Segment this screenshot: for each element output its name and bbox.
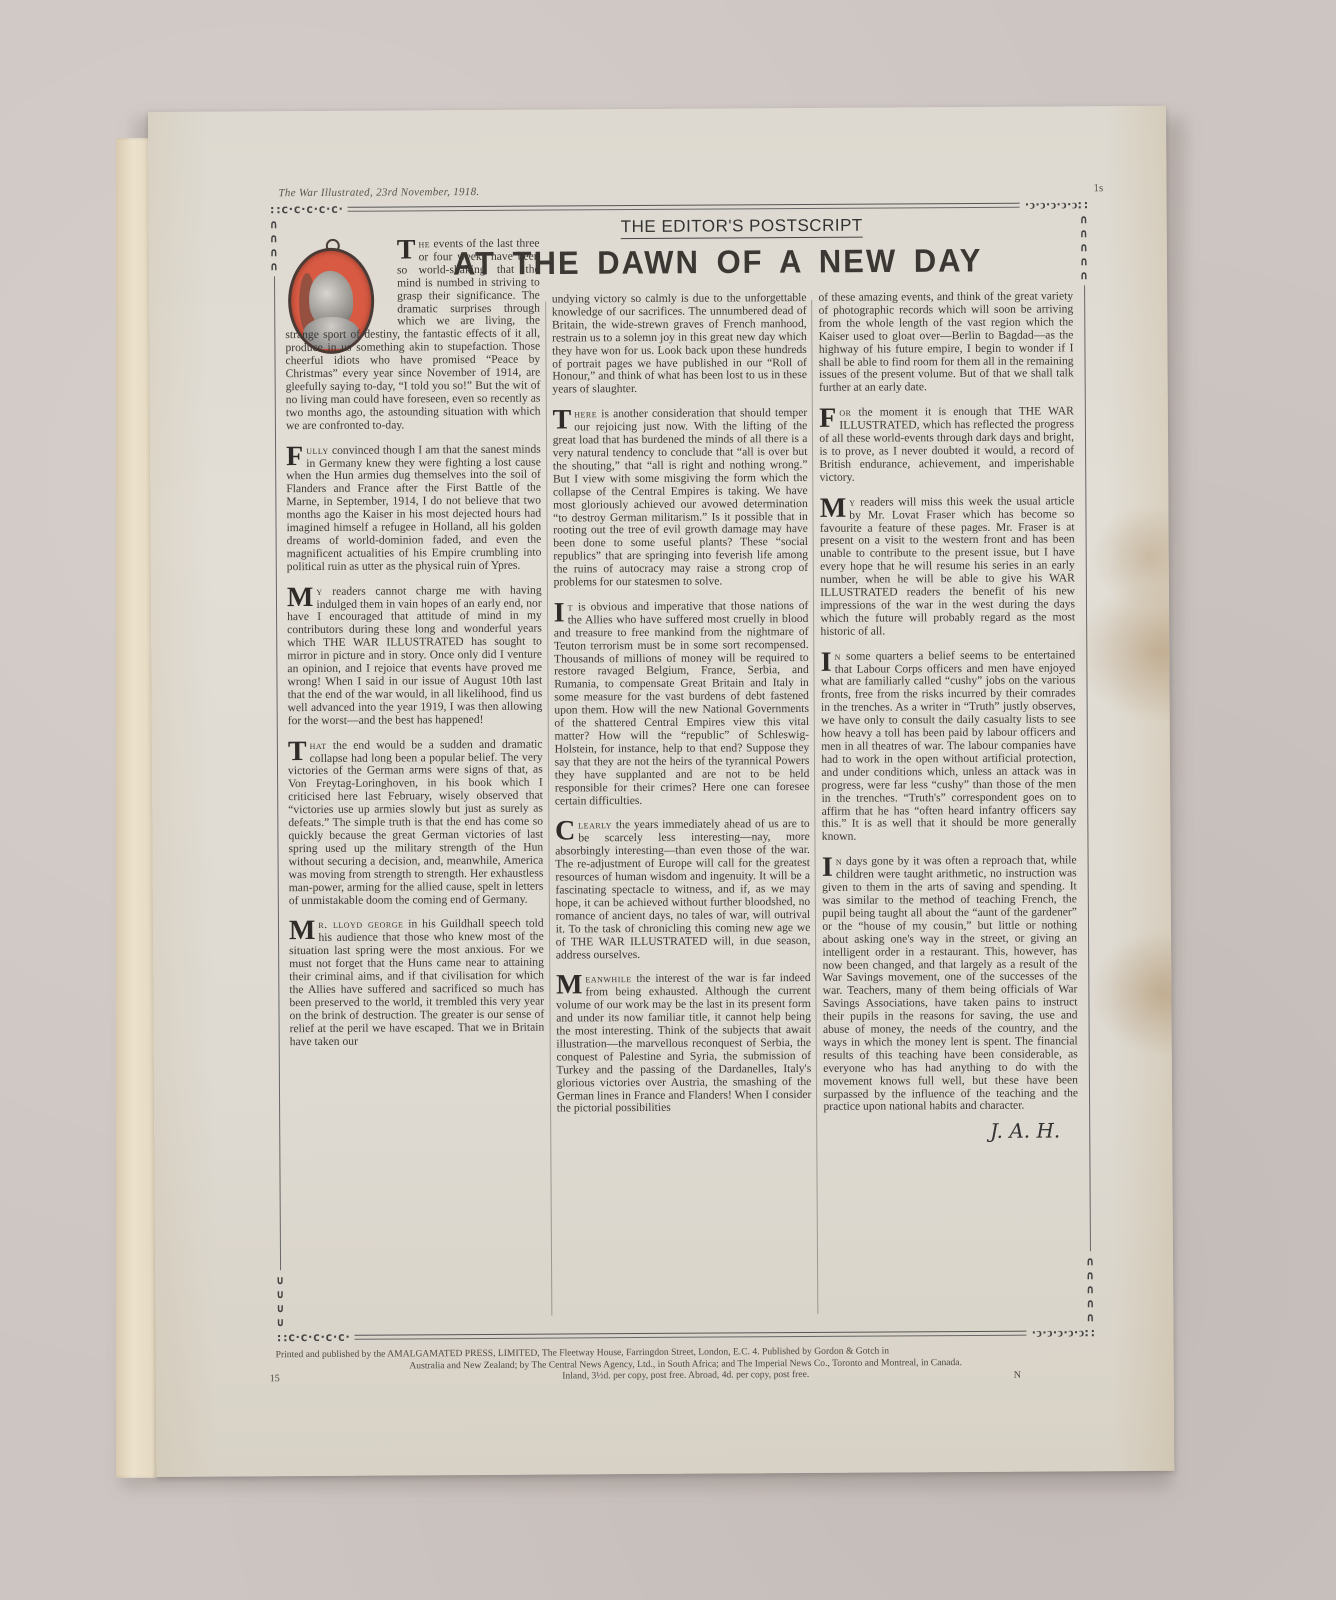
running-head: The War Illustrated, 23rd November, 1918… (278, 182, 1098, 199)
article-paragraph: Meanwhile the interest of the war is far… (556, 972, 812, 1116)
article-paragraph: of these amazing events, and think of th… (818, 290, 1073, 395)
right-border: ∩∩∩∩∩ ∩∩∩∩∩ (1079, 212, 1096, 1324)
article-columns: The events of the last three or four wee… (285, 290, 1079, 1317)
paragraph-text: convinced though I am that the sanest mi… (286, 442, 541, 573)
bottom-border-rule: ::c·c·c·c·c· ·ↄ·ↄ·ↄ·ↄ·ↄ:: (275, 1326, 1095, 1343)
double-rule (354, 1330, 1026, 1339)
article-paragraph: That the end would be a sudden and drama… (288, 738, 544, 907)
lead-in: learly (578, 819, 612, 832)
publication-date: The War Illustrated, 23rd November, 1918… (278, 186, 479, 199)
article: THE EDITOR'S POSTSCRIPT AT THE DAWN OF A… (285, 212, 1080, 1325)
chain-ornament-icon: ·ↄ·ↄ·ↄ·ↄ·ↄ:: (1023, 197, 1088, 212)
lead-in: here (574, 408, 597, 421)
drop-cap: F (819, 408, 836, 430)
column-1: The events of the last three or four wee… (285, 238, 546, 1318)
paragraph-text: the end would be a sudden and dramatic c… (288, 737, 543, 906)
lead-in: r. lloyd george (318, 918, 403, 932)
magazine-page: The War Illustrated, 23rd November, 1918… (148, 106, 1174, 1477)
article-paragraph: Clearly the years immediately ahead of u… (555, 818, 811, 962)
article-paragraph: There is another consideration that shou… (552, 407, 808, 589)
paragraph-text: some quarters a belief seems to be enter… (821, 648, 1077, 843)
medallion-wrap-spacer (285, 238, 397, 317)
column-2: undying victory so calmly is due to the … (552, 292, 813, 1316)
chain-link-icon: ∩∩∩∩∩ (1086, 1254, 1094, 1324)
lead-in: he (418, 237, 430, 250)
paragraph-text: undying victory so calmly is due to the … (552, 291, 807, 396)
article-paragraph: The events of the last three or four wee… (285, 238, 541, 433)
paragraph-text: readers will miss this week the usual ar… (820, 494, 1075, 638)
page-number: 1s (1093, 182, 1103, 194)
drop-cap: T (552, 410, 571, 432)
paragraph-text: readers cannot charge me with having ind… (287, 583, 542, 727)
drop-cap: T (288, 741, 307, 763)
paragraph-text: the moment it is enough that THE WAR ILL… (819, 405, 1074, 484)
article-paragraph: It is obvious and imperative that those … (554, 600, 810, 808)
folio-number: 15 (270, 1373, 280, 1384)
chain-link-icon: ∩∩∩∩∩ (1080, 212, 1088, 282)
drop-cap: F (286, 446, 303, 468)
paragraph-text: is obvious and imperative that those nat… (554, 599, 810, 807)
chain-link-icon: ∩∩∩∩ (270, 217, 278, 273)
signature-mark: N (1014, 1370, 1021, 1381)
lead-in: or (839, 406, 851, 419)
paragraph-text: in his Guildhall speech told his audienc… (289, 917, 544, 1048)
left-border: ∩∩∩∩ ∪∪∪∪ (269, 217, 286, 1329)
drop-cap: M (287, 587, 314, 609)
paragraph-text: the years immediately ahead of us are to… (555, 817, 810, 961)
chain-link-icon: ∪∪∪∪ (276, 1273, 284, 1329)
drop-cap: M (289, 920, 316, 942)
paragraph-text: is another consideration that should tem… (553, 406, 809, 588)
article-paragraph: undying victory so calmly is due to the … (552, 292, 807, 397)
drop-cap: I (554, 602, 565, 624)
lead-in: hat (310, 739, 327, 752)
article-paragraph: My readers cannot charge me with having … (287, 584, 543, 728)
drop-cap: I (822, 857, 833, 879)
article-paragraph: In some quarters a belief seems to be en… (821, 649, 1077, 844)
article-paragraph: My readers will miss this week the usual… (820, 495, 1076, 639)
chain-ornament-icon: ::c·c·c·c·c· (275, 1330, 350, 1344)
border-line (274, 276, 281, 1270)
lead-in: ully (306, 443, 329, 456)
border-line (1084, 285, 1091, 1251)
paragraph-text: of these amazing events, and think of th… (818, 289, 1073, 394)
article-paragraph: Fully convinced though I am that the san… (286, 443, 541, 574)
column-3: of these amazing events, and think of th… (818, 290, 1079, 1314)
editor-signature: J. A. H. (824, 1125, 1079, 1139)
drop-cap: T (397, 239, 416, 261)
lead-in: eanwhile (585, 972, 631, 985)
printer-imprint: Printed and published by the AMALGAMATED… (276, 1344, 1096, 1384)
chain-ornament-icon: ·ↄ·ↄ·ↄ·ↄ·ↄ:: (1030, 1325, 1095, 1340)
paragraph-text: the interest of the war is far indeed fr… (556, 971, 811, 1115)
drop-cap: M (820, 497, 847, 519)
drop-cap: I (821, 651, 832, 673)
article-paragraph: Mr. lloyd george in his Guildhall speech… (289, 918, 544, 1049)
drop-cap: M (556, 975, 583, 997)
section-kicker: THE EDITOR'S POSTSCRIPT (621, 216, 863, 239)
article-paragraph: In days gone by it was often a reproach … (822, 855, 1078, 1115)
ornamental-frame: ::c·c·c·c·c· ·ↄ·ↄ·ↄ·ↄ·ↄ:: ∩∩∩∩ ∪∪∪∪ ∩∩∩∩… (269, 198, 1096, 1343)
article-paragraph: For the moment it is enough that THE WAR… (819, 406, 1074, 485)
paragraph-text: days gone by it was often a reproach tha… (822, 854, 1078, 1114)
chain-ornament-icon: ::c·c·c·c·c· (269, 202, 344, 216)
drop-cap: C (555, 821, 575, 843)
double-rule (347, 202, 1019, 211)
